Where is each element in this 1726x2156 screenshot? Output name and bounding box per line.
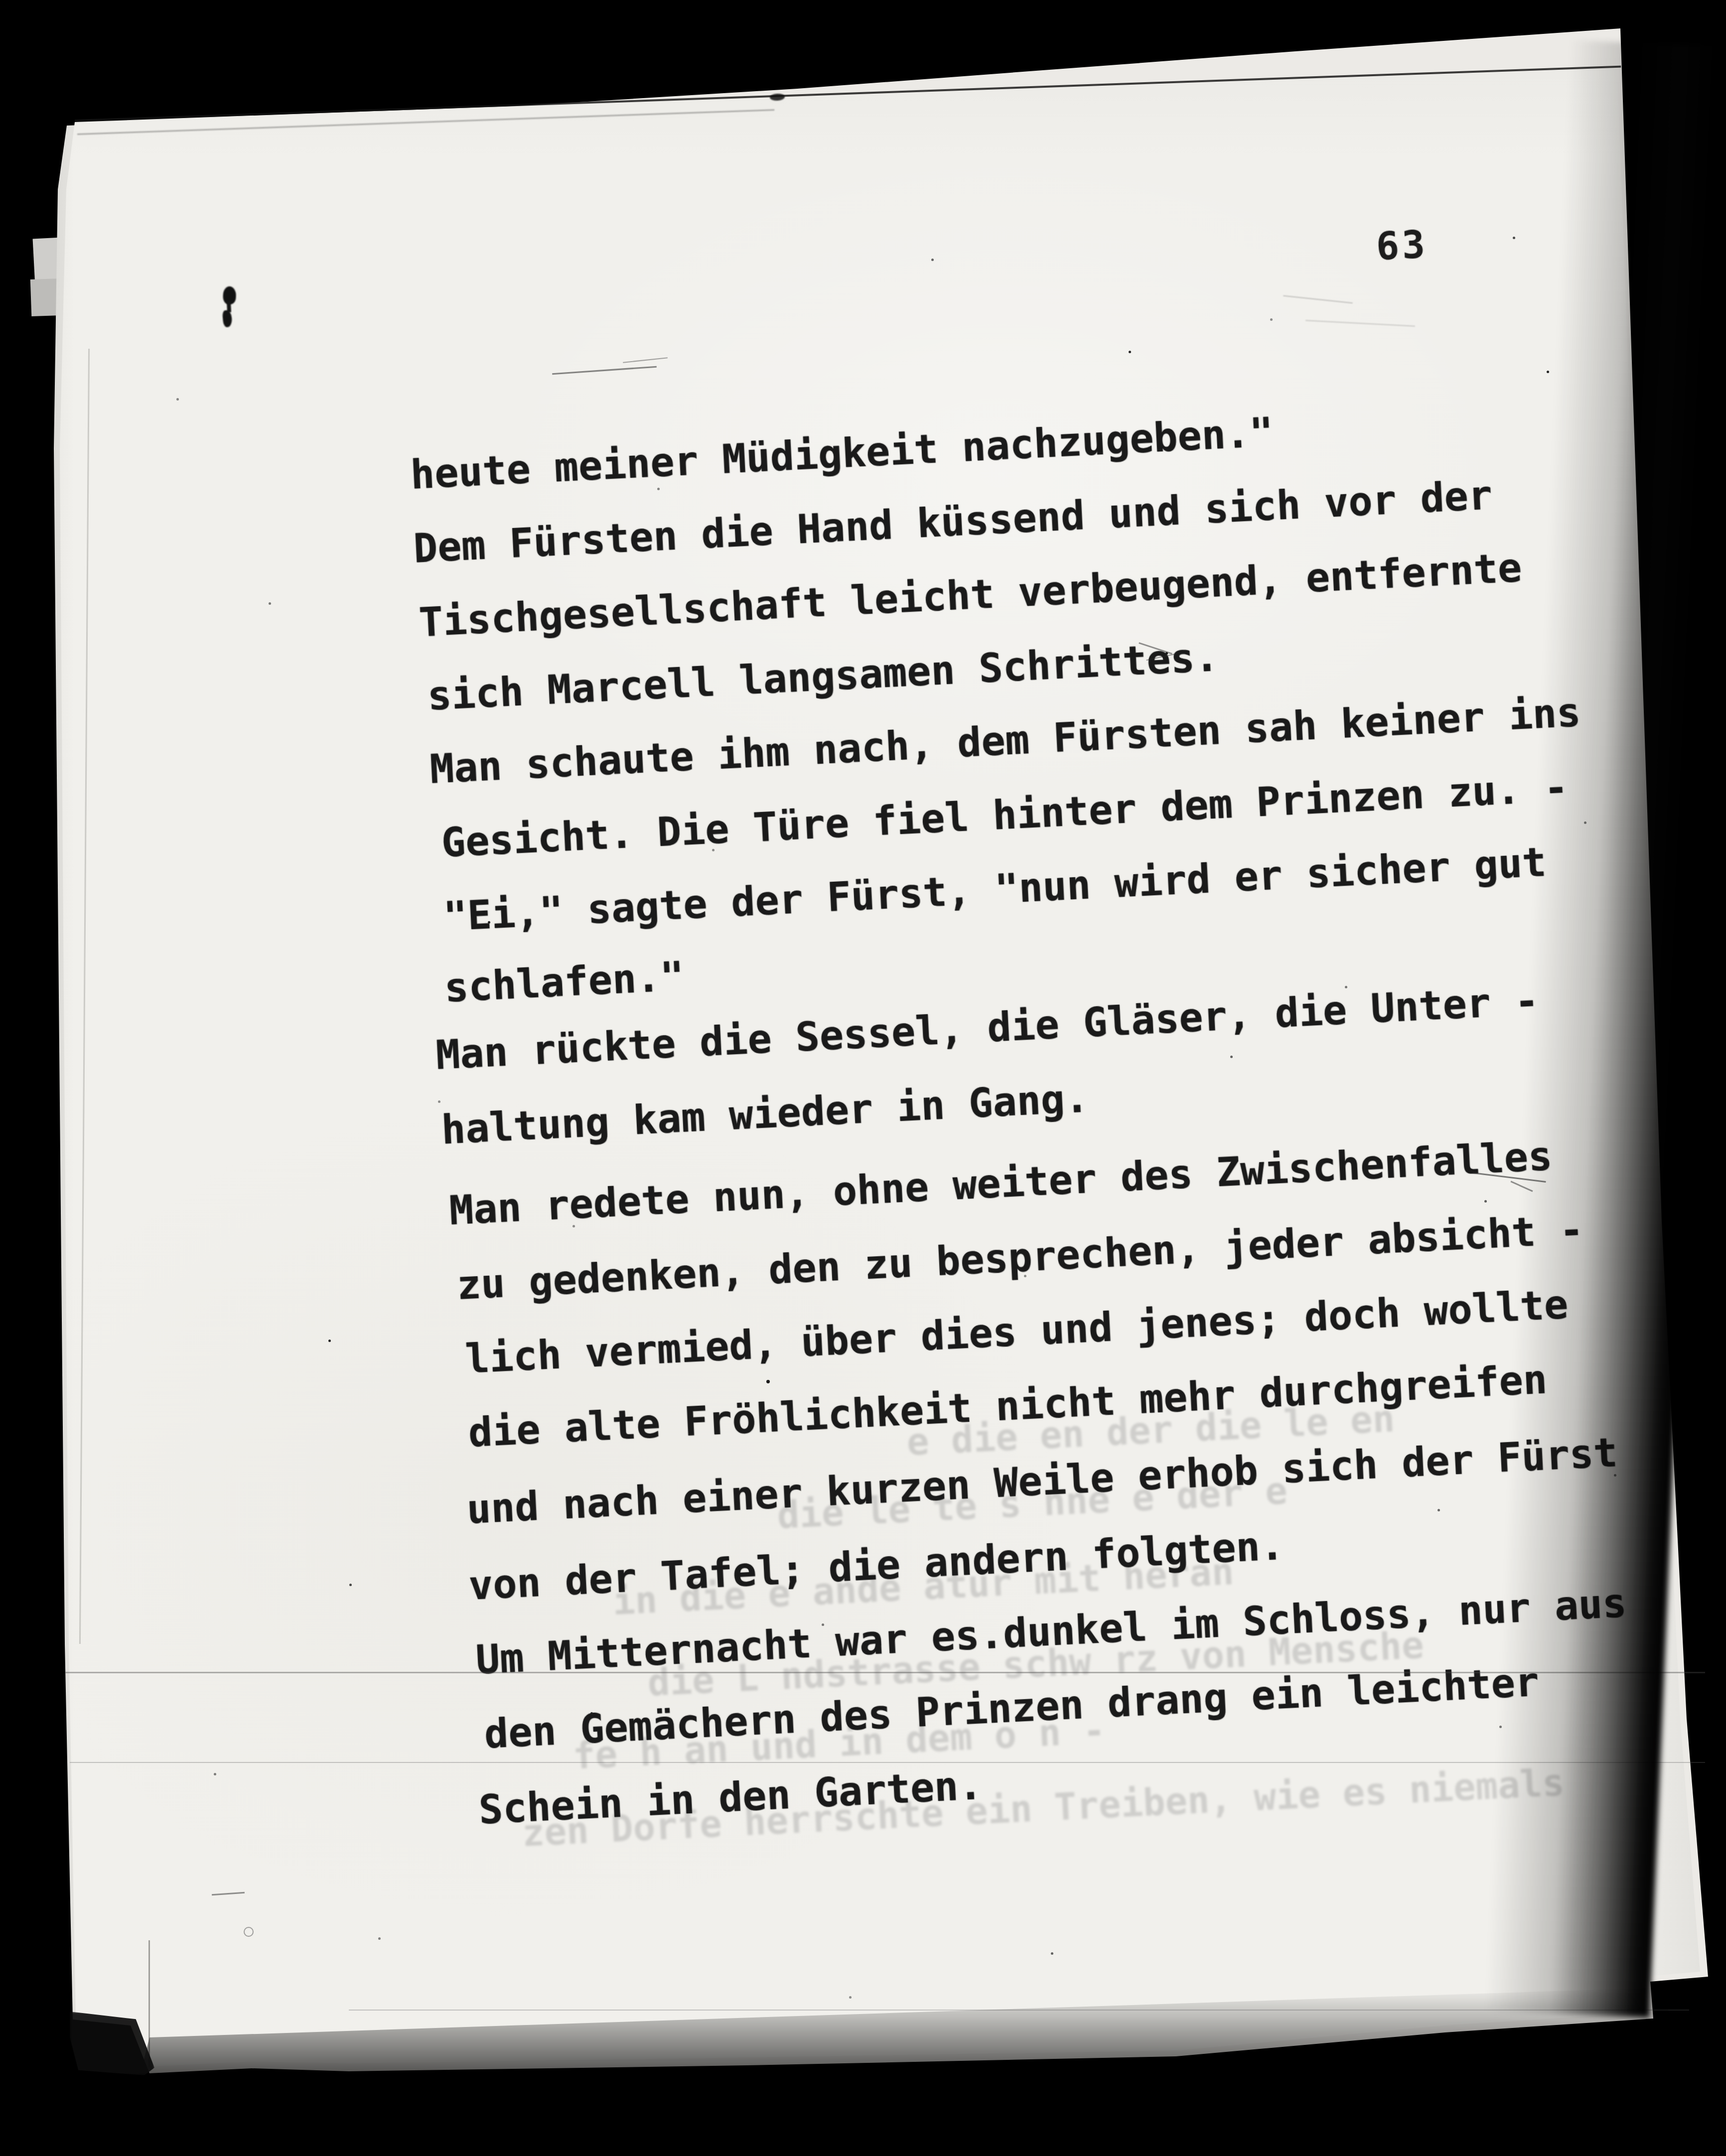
dust-specks: [0, 0, 1, 1]
scan-artifact-line: [65, 1672, 1705, 1673]
handwritten-margin-mark: [218, 286, 242, 337]
circle-scratch: [244, 1927, 254, 1937]
page-number: 63: [1375, 222, 1429, 269]
scan-artifact-line: [70, 1762, 1705, 1763]
margin-mark-tail: [222, 310, 233, 327]
scanned-manuscript-page: e die en der die le endie le te s nne e …: [0, 0, 1726, 2156]
typed-line: schlafen.": [443, 956, 685, 1008]
